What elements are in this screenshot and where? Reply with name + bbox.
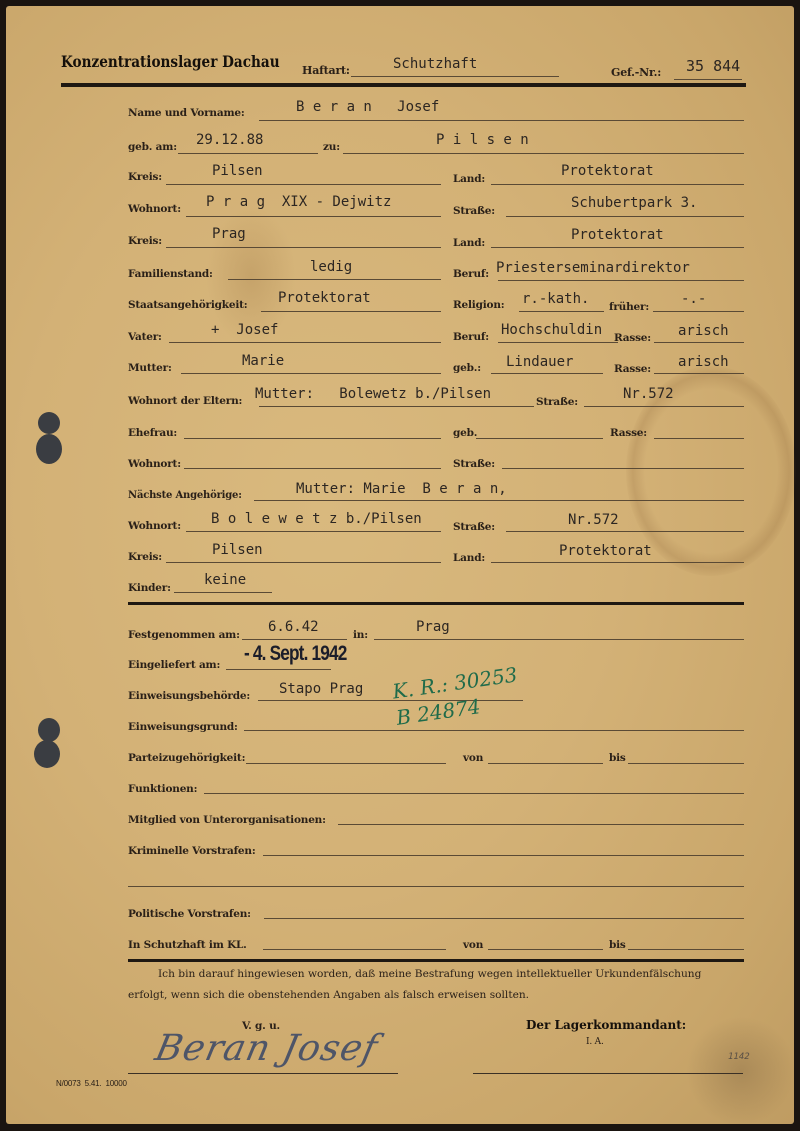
punch-hole xyxy=(38,412,60,434)
land-value: Protektorat xyxy=(571,227,664,243)
header-rule xyxy=(61,83,746,87)
eltern-value: Mutter: Bolewetz b./Pilsen xyxy=(255,386,491,402)
land-value: Protektorat xyxy=(561,163,654,179)
vater-beruf-value: Hochschuldin xyxy=(501,322,602,338)
mutter-label: Mutter: xyxy=(128,362,172,374)
kinder-label: Kinder: xyxy=(128,582,171,594)
rasse-label: Rasse: xyxy=(614,332,651,344)
birthdate-label: geb. am: xyxy=(128,141,177,153)
land-label: Land: xyxy=(453,552,485,564)
eingeliefert-stamp: - 4. Sept. 1942 xyxy=(244,642,347,666)
frueher-label: früher: xyxy=(609,301,649,313)
kreis-value: Pilsen xyxy=(212,542,263,558)
mutter-geb-label: geb.: xyxy=(453,362,481,374)
behoerde-label: Einweisungsbehörde: xyxy=(128,690,250,702)
rasse-label: Rasse: xyxy=(610,427,647,439)
eltern-label: Wohnort der Eltern: xyxy=(128,395,242,407)
birthplace-label: zu: xyxy=(323,141,340,153)
rasse-value: arisch xyxy=(678,354,729,370)
wohnort-value: P r a g XIX - Dejwitz xyxy=(206,194,391,210)
festgenommen-label: Festgenommen am: xyxy=(128,629,240,641)
declaration-line-1: Ich bin darauf hingewiesen worden, daß m… xyxy=(158,968,701,980)
behoerde-value: Stapo Prag xyxy=(279,681,363,697)
angehoerige-label: Nächste Angehörige: xyxy=(128,490,242,501)
rasse-value: arisch xyxy=(678,323,729,339)
section-rule xyxy=(128,602,744,605)
ia-label: I. A. xyxy=(586,1037,604,1047)
birthplace-value: P i l s e n xyxy=(436,132,529,148)
von-label: von xyxy=(463,752,483,764)
kreis-label: Kreis: xyxy=(128,551,162,563)
staat-label: Staatsangehörigkeit: xyxy=(128,299,247,311)
punch-hole xyxy=(36,434,62,464)
schutzhaft-label: In Schutzhaft im KL. xyxy=(128,939,247,951)
land-label: Land: xyxy=(453,237,485,249)
religion-value: r.-kath. xyxy=(522,291,589,307)
kinder-value: keine xyxy=(204,572,246,588)
strasse-value: Schubertpark 3. xyxy=(571,195,697,211)
strasse-label: Straße: xyxy=(453,458,495,470)
wohnort-label: Wohnort: xyxy=(128,203,181,215)
familienstand-label: Familienstand: xyxy=(128,268,213,280)
wear-mark xyxy=(686,1016,796,1126)
land-value: Protektorat xyxy=(559,543,652,559)
kommandant-label: Der Lagerkommandant: xyxy=(526,1018,686,1032)
ehefrau-geb-label: geb. xyxy=(453,427,477,439)
vater-value: + Josef xyxy=(211,322,278,338)
festgenommen-value: 6.6.42 xyxy=(268,619,319,635)
prisoner-signature: Beran Josef xyxy=(152,1028,382,1069)
haftart-label: Haftart: xyxy=(302,64,350,77)
frueher-value: -.- xyxy=(681,291,706,307)
bis-label: bis xyxy=(609,752,626,764)
bis-label: bis xyxy=(609,939,626,951)
vater-beruf-label: Beruf: xyxy=(453,331,489,343)
form-code: N/0073 5.41. 10000 xyxy=(56,1079,127,1088)
beruf-label: Beruf: xyxy=(453,268,489,280)
section-rule xyxy=(128,959,744,962)
religion-label: Religion: xyxy=(453,299,504,311)
vater-label: Vater: xyxy=(128,331,162,343)
gefnr-value: 35 844 xyxy=(686,57,740,75)
birthdate-value: 29.12.88 xyxy=(196,132,263,148)
eingeliefert-label: Eingeliefert am: xyxy=(128,659,220,671)
angehoerige-value: Mutter: Marie B e r a n, xyxy=(296,481,507,497)
wohnort-label: Wohnort: xyxy=(128,458,181,470)
mutter-geb-value: Lindauer xyxy=(506,354,573,370)
strasse-label: Straße: xyxy=(453,521,495,533)
land-label: Land: xyxy=(453,173,485,185)
name-label: Name und Vorname: xyxy=(128,107,245,119)
staat-value: Protektorat xyxy=(278,290,371,306)
strasse-label: Straße: xyxy=(536,396,578,408)
prisoner-registration-card: Konzentrationslager Dachau Haftart: Schu… xyxy=(6,6,794,1124)
ehefrau-label: Ehefrau: xyxy=(128,427,177,439)
wohnort-label: Wohnort: xyxy=(128,520,181,532)
rasse-label: Rasse: xyxy=(614,363,651,375)
kreis-label: Kreis: xyxy=(128,235,162,247)
grund-label: Einweisungsgrund: xyxy=(128,721,238,733)
strasse-value: Nr.572 xyxy=(568,512,619,528)
camp-title: Konzentrationslager Dachau xyxy=(61,52,280,71)
gefnr-label: Gef.-Nr.: xyxy=(611,66,661,79)
page-note: 1142 xyxy=(728,1052,750,1062)
punch-hole xyxy=(38,718,60,742)
name-value: B e r a n Josef xyxy=(296,99,439,115)
mutter-value: Marie xyxy=(242,353,284,369)
beruf-value: Priesterseminardirektor xyxy=(496,260,690,276)
mitglied-label: Mitglied von Unterorganisationen: xyxy=(128,814,326,826)
kreis-value: Prag xyxy=(212,226,246,242)
wohnort-value: B o l e w e t z b./Pilsen xyxy=(211,511,422,527)
festgenommen-in-value: Prag xyxy=(416,619,450,635)
declaration-line-2: erfolgt, wenn sich die obenstehenden Ang… xyxy=(128,989,529,1001)
punch-hole xyxy=(34,740,60,768)
strasse-label: Straße: xyxy=(453,205,495,217)
von-label: von xyxy=(463,939,483,951)
politisch-label: Politische Vorstrafen: xyxy=(128,908,251,920)
familienstand-value: ledig xyxy=(310,259,352,275)
partei-label: Parteizugehörigkeit: xyxy=(128,752,245,764)
kreis-label: Kreis: xyxy=(128,171,162,183)
haftart-value: Schutzhaft xyxy=(393,56,477,72)
strasse-value: Nr.572 xyxy=(623,386,674,402)
festgenommen-in-label: in: xyxy=(353,629,368,641)
kriminell-label: Kriminelle Vorstrafen: xyxy=(128,845,256,857)
funktionen-label: Funktionen: xyxy=(128,783,197,795)
kreis-value: Pilsen xyxy=(212,163,263,179)
